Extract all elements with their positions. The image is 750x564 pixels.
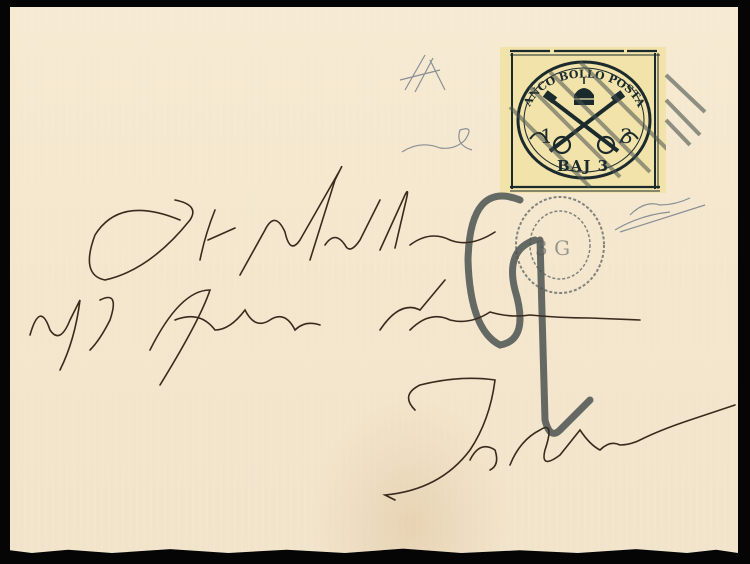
- pencil-notes: [400, 55, 705, 232]
- manuscript-layer: 3 G: [0, 0, 750, 564]
- address-line1-script: [89, 167, 495, 280]
- grid-cancel-overflow: [666, 75, 705, 145]
- address-line3-script: [385, 378, 735, 500]
- address-line2-script: [30, 280, 640, 385]
